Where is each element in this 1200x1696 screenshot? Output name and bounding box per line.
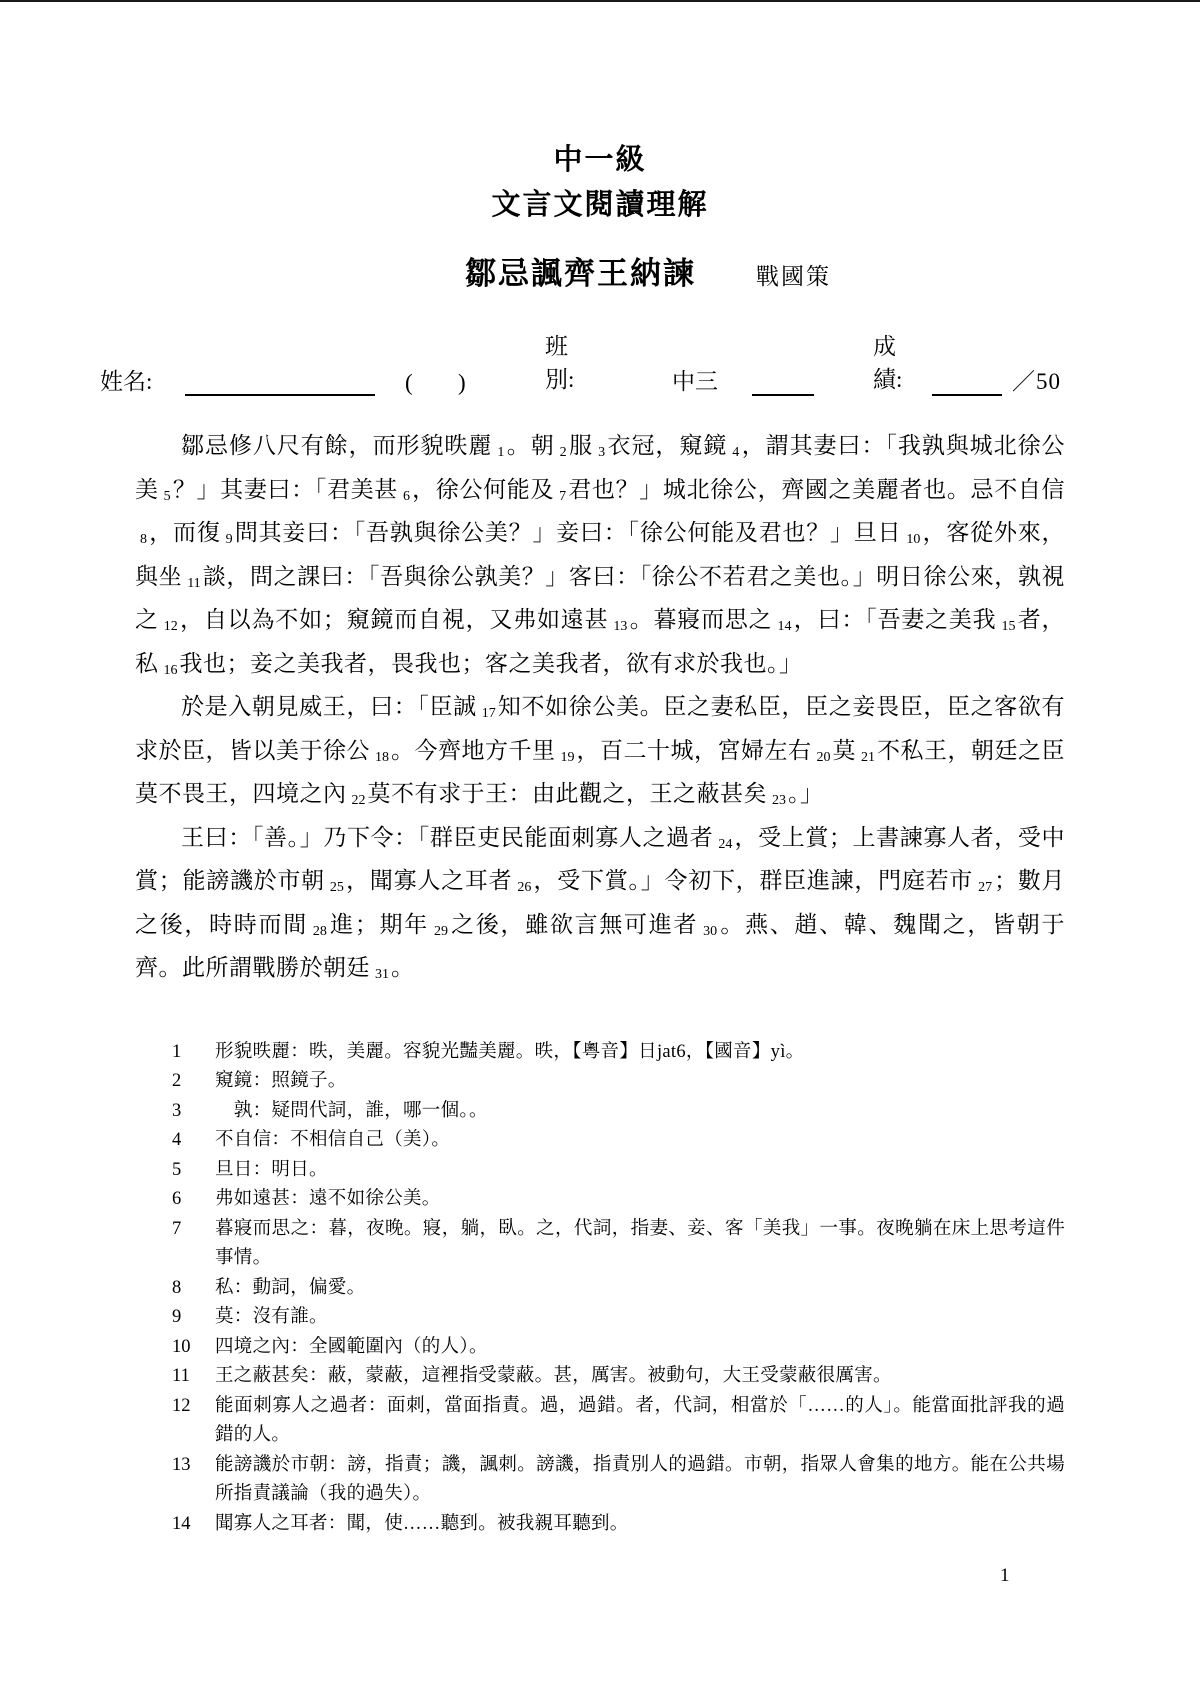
footnote-text: 窺鏡：照鏡子。 xyxy=(215,1067,1065,1097)
class-label-line1: 班 xyxy=(545,330,574,363)
class-label: 班 別: xyxy=(545,330,574,396)
footnote-ref: 28 xyxy=(308,924,329,939)
page-number: 1 xyxy=(1000,1565,1010,1587)
footnote-ref: 19 xyxy=(556,750,577,765)
passage-text: ，徐公何能及 xyxy=(412,477,554,502)
name-blank-line xyxy=(185,390,375,396)
class-label-line2: 別: xyxy=(545,363,574,396)
footnote-number: 4 xyxy=(172,1126,215,1156)
footnote-item: 14聞寡人之耳者：聞，使……聽到。被我親耳聽到。 xyxy=(172,1510,1065,1540)
document-title: 鄒忌諷齊王納諫 xyxy=(465,256,696,291)
footnote-ref: 1 xyxy=(492,445,506,460)
footnote-ref: 11 xyxy=(182,576,202,591)
footnote-number: 3 xyxy=(172,1097,215,1127)
footnote-item: 10四境之內：全國範圍內（的人）。 xyxy=(172,1333,1065,1363)
footnote-number: 6 xyxy=(172,1185,215,1215)
footnote-number: 1 xyxy=(172,1038,215,1068)
footnote-item: 9莫：沒有誰。 xyxy=(172,1303,1065,1333)
footnote-ref: 14 xyxy=(772,619,793,634)
footnote-ref: 23 xyxy=(767,793,788,808)
document-source: 戰國策 xyxy=(756,264,831,289)
footnote-item: 4不自信：不相信自己（美）。 xyxy=(172,1126,1065,1156)
passage-text: 莫不有求于王：由此觀之，王之蔽甚矣 xyxy=(368,781,768,806)
footnote-ref: 27 xyxy=(973,880,994,895)
passage-text: 。朝 xyxy=(506,433,554,458)
subject-title: 文言文閱讀理解 xyxy=(0,183,1200,228)
footnote-text: 能面刺寡人之過者：面刺，當面指責。過，過錯。者，代詞，相當於「……的人」。能當面… xyxy=(215,1392,1065,1451)
footnote-ref: 9 xyxy=(221,532,235,547)
passage-text: ，受下賞。」令初下，群臣進諫，門庭若市 xyxy=(533,868,973,893)
footnote-ref: 29 xyxy=(429,924,450,939)
footnote-text: 不自信：不相信自己（美）。 xyxy=(215,1126,1065,1156)
footnote-text: 弗如遠甚：遠不如徐公美。 xyxy=(215,1185,1065,1215)
footnote-number: 10 xyxy=(172,1333,215,1363)
passage-text: 之後，雖欲言無可進者 xyxy=(450,912,698,937)
footnote-number: 9 xyxy=(172,1303,215,1333)
footnote-ref: 5 xyxy=(159,489,173,504)
passage-text: 。暮寢而思之 xyxy=(629,607,772,632)
footnote-ref: 22 xyxy=(347,793,368,808)
passage-text: 問其妾曰：「吾孰與徐公美？」妾曰：「徐公何能及君也？」旦日 xyxy=(235,520,902,545)
footnote-item: 8私：動詞，偏愛。 xyxy=(172,1274,1065,1304)
footnote-ref: 17 xyxy=(477,706,498,721)
footnote-text: 私：動詞，偏愛。 xyxy=(215,1274,1065,1304)
passage-text: 君也？」城北徐公，齊國之美麗者也。忌不自信 xyxy=(568,477,1065,502)
passage-text: 王曰：「善。」乃下令：「群臣吏民能面刺寡人之過者 xyxy=(181,825,713,850)
paren-close: ) xyxy=(458,370,466,396)
worksheet-page: 中一級 文言文閱讀理解 鄒忌諷齊王納諫戰國策 姓名: ( ) 班 別: 中三 成… xyxy=(0,0,1200,1696)
footnote-item: 6弗如遠甚：遠不如徐公美。 xyxy=(172,1185,1065,1215)
score-label-line2: 績: xyxy=(873,363,902,396)
title-block: 中一級 文言文閱讀理解 鄒忌諷齊王納諫戰國策 xyxy=(0,0,1200,300)
footnote-ref: 4 xyxy=(727,445,741,460)
footnote-ref: 30 xyxy=(698,924,719,939)
footnote-item: 13能謗譏於市朝：謗，指責；譏，諷刺。謗譏，指責別人的過錯。市朝，指眾人會集的地… xyxy=(172,1451,1065,1510)
passage-text: ，而復 xyxy=(149,520,221,545)
passage-text: ，自以為不如；窺鏡而自視，又弗如遠甚 xyxy=(180,607,609,632)
footnote-text: 孰：疑問代詞，誰，哪一個。。 xyxy=(215,1097,1065,1127)
footnote-ref: 2 xyxy=(555,445,569,460)
score-label: 成 績: xyxy=(873,330,902,396)
passage-text: 鄒忌修八尺有餘，而形貌昳麗 xyxy=(181,433,492,458)
footnotes: 1形貌昳麗：昳，美麗。容貌光豔美麗。昳，【粵音】日jat6，【國音】yì。2窺鏡… xyxy=(172,1038,1065,1540)
passage-text: ，曰：「吾妻之美我 xyxy=(793,607,996,632)
grade-title: 中一級 xyxy=(0,138,1200,183)
passage-paragraph: 王曰：「善。」乃下令：「群臣吏民能面刺寡人之過者24，受上賞；上書諫寡人者，受中… xyxy=(135,820,1065,994)
passage-text: 服 xyxy=(569,433,593,458)
passage-text: 。今齊地方千里 xyxy=(391,738,556,763)
passage-text: 進；期年 xyxy=(329,912,429,937)
passage-paragraph: 於是入朝見威王，曰：「臣誠17知不如徐公美。臣之妻私臣，臣之妾畏臣，臣之客欲有求… xyxy=(135,689,1065,820)
footnote-ref: 8 xyxy=(135,532,149,547)
passage: 鄒忌修八尺有餘，而形貌昳麗1。朝2服3衣冠，窺鏡4，謂其妻曰：「我孰與城北徐公美… xyxy=(135,428,1065,994)
passage-text: 莫 xyxy=(833,738,857,763)
footnote-item: 3 孰：疑問代詞，誰，哪一個。。 xyxy=(172,1097,1065,1127)
footnote-ref: 3 xyxy=(593,445,607,460)
footnote-text: 暮寢而思之：暮，夜晚。寢，躺，臥。之，代詞，指妻、妾、客「美我」一事。夜晚躺在床… xyxy=(215,1215,1065,1274)
footnote-text: 四境之內：全國範圍內（的人）。 xyxy=(215,1333,1065,1363)
footnote-text: 聞寡人之耳者：聞，使……聽到。被我親耳聽到。 xyxy=(215,1510,1065,1540)
footnote-ref: 10 xyxy=(901,532,922,547)
class-value: 中三 xyxy=(672,363,718,396)
footnote-ref: 31 xyxy=(370,967,391,982)
passage-text: 於是入朝見威王，曰：「臣誠 xyxy=(181,694,477,719)
footnote-ref: 25 xyxy=(325,880,346,895)
paren-open: ( xyxy=(405,370,413,396)
footnote-ref: 6 xyxy=(398,489,412,504)
footnote-ref: 7 xyxy=(554,489,568,504)
passage-text: 我也；妾之美我者，畏我也；客之美我者，欲有求於我也。」 xyxy=(180,651,803,676)
passage-text: ？」其妻曰：「君美甚 xyxy=(173,477,398,502)
passage-text: 。」 xyxy=(788,781,824,806)
footnote-text: 能謗譏於市朝：謗，指責；譏，諷刺。謗譏，指責別人的過錯。市朝，指眾人會集的地方。… xyxy=(215,1451,1065,1510)
footnote-number: 5 xyxy=(172,1156,215,1186)
page-top-edge xyxy=(0,0,1200,2)
footnote-text: 旦日：明日。 xyxy=(215,1156,1065,1186)
passage-text: 。 xyxy=(391,955,415,980)
score-label-line1: 成 xyxy=(873,330,902,363)
footnote-item: 7暮寢而思之：暮，夜晚。寢，躺，臥。之，代詞，指妻、妾、客「美我」一事。夜晚躺在… xyxy=(172,1215,1065,1274)
footnote-number: 12 xyxy=(172,1392,215,1451)
passage-text: ，百二十城，宮婦左右 xyxy=(577,738,812,763)
footnote-number: 14 xyxy=(172,1510,215,1540)
score-total: ／50 xyxy=(1012,363,1061,396)
passage-paragraph: 鄒忌修八尺有餘，而形貌昳麗1。朝2服3衣冠，窺鏡4，謂其妻曰：「我孰與城北徐公美… xyxy=(135,428,1065,689)
footnote-ref: 24 xyxy=(713,837,734,852)
document-title-row: 鄒忌諷齊王納諫戰國策 xyxy=(0,254,1200,300)
passage-text: 衣冠，窺鏡 xyxy=(607,433,727,458)
student-info-row: 姓名: ( ) 班 別: 中三 成 績: ／50 xyxy=(0,318,1200,402)
score-blank-line xyxy=(932,390,1002,396)
footnote-ref: 12 xyxy=(159,619,180,634)
footnote-ref: 15 xyxy=(996,619,1017,634)
passage-text: ，聞寡人之耳者 xyxy=(346,868,512,893)
footnote-number: 13 xyxy=(172,1451,215,1510)
footnote-number: 2 xyxy=(172,1067,215,1097)
footnote-ref: 18 xyxy=(370,750,391,765)
class-blank-line xyxy=(752,390,814,396)
footnote-ref: 26 xyxy=(512,880,533,895)
footnote-text: 形貌昳麗：昳，美麗。容貌光豔美麗。昳，【粵音】日jat6，【國音】yì。 xyxy=(215,1038,1065,1068)
footnote-item: 12能面刺寡人之過者：面刺，當面指責。過，過錯。者，代詞，相當於「……的人」。能… xyxy=(172,1392,1065,1451)
footnote-ref: 13 xyxy=(608,619,629,634)
footnote-text: 王之蔽甚矣：蔽，蒙蔽，這裡指受蒙蔽。甚，厲害。被動句，大王受蒙蔽很厲害。 xyxy=(215,1362,1065,1392)
footnote-number: 8 xyxy=(172,1274,215,1304)
footnote-number: 11 xyxy=(172,1362,215,1392)
footnote-item: 5旦日：明日。 xyxy=(172,1156,1065,1186)
footnote-ref: 20 xyxy=(812,750,833,765)
name-label: 姓名: xyxy=(100,363,152,396)
footnote-number: 7 xyxy=(172,1215,215,1274)
footnote-item: 11王之蔽甚矣：蔽，蒙蔽，這裡指受蒙蔽。甚，厲害。被動句，大王受蒙蔽很厲害。 xyxy=(172,1362,1065,1392)
footnote-item: 2窺鏡：照鏡子。 xyxy=(172,1067,1065,1097)
footnote-item: 1形貌昳麗：昳，美麗。容貌光豔美麗。昳，【粵音】日jat6，【國音】yì。 xyxy=(172,1038,1065,1068)
footnote-text: 莫：沒有誰。 xyxy=(215,1303,1065,1333)
footnote-ref: 21 xyxy=(856,750,877,765)
footnote-ref: 16 xyxy=(159,663,180,678)
